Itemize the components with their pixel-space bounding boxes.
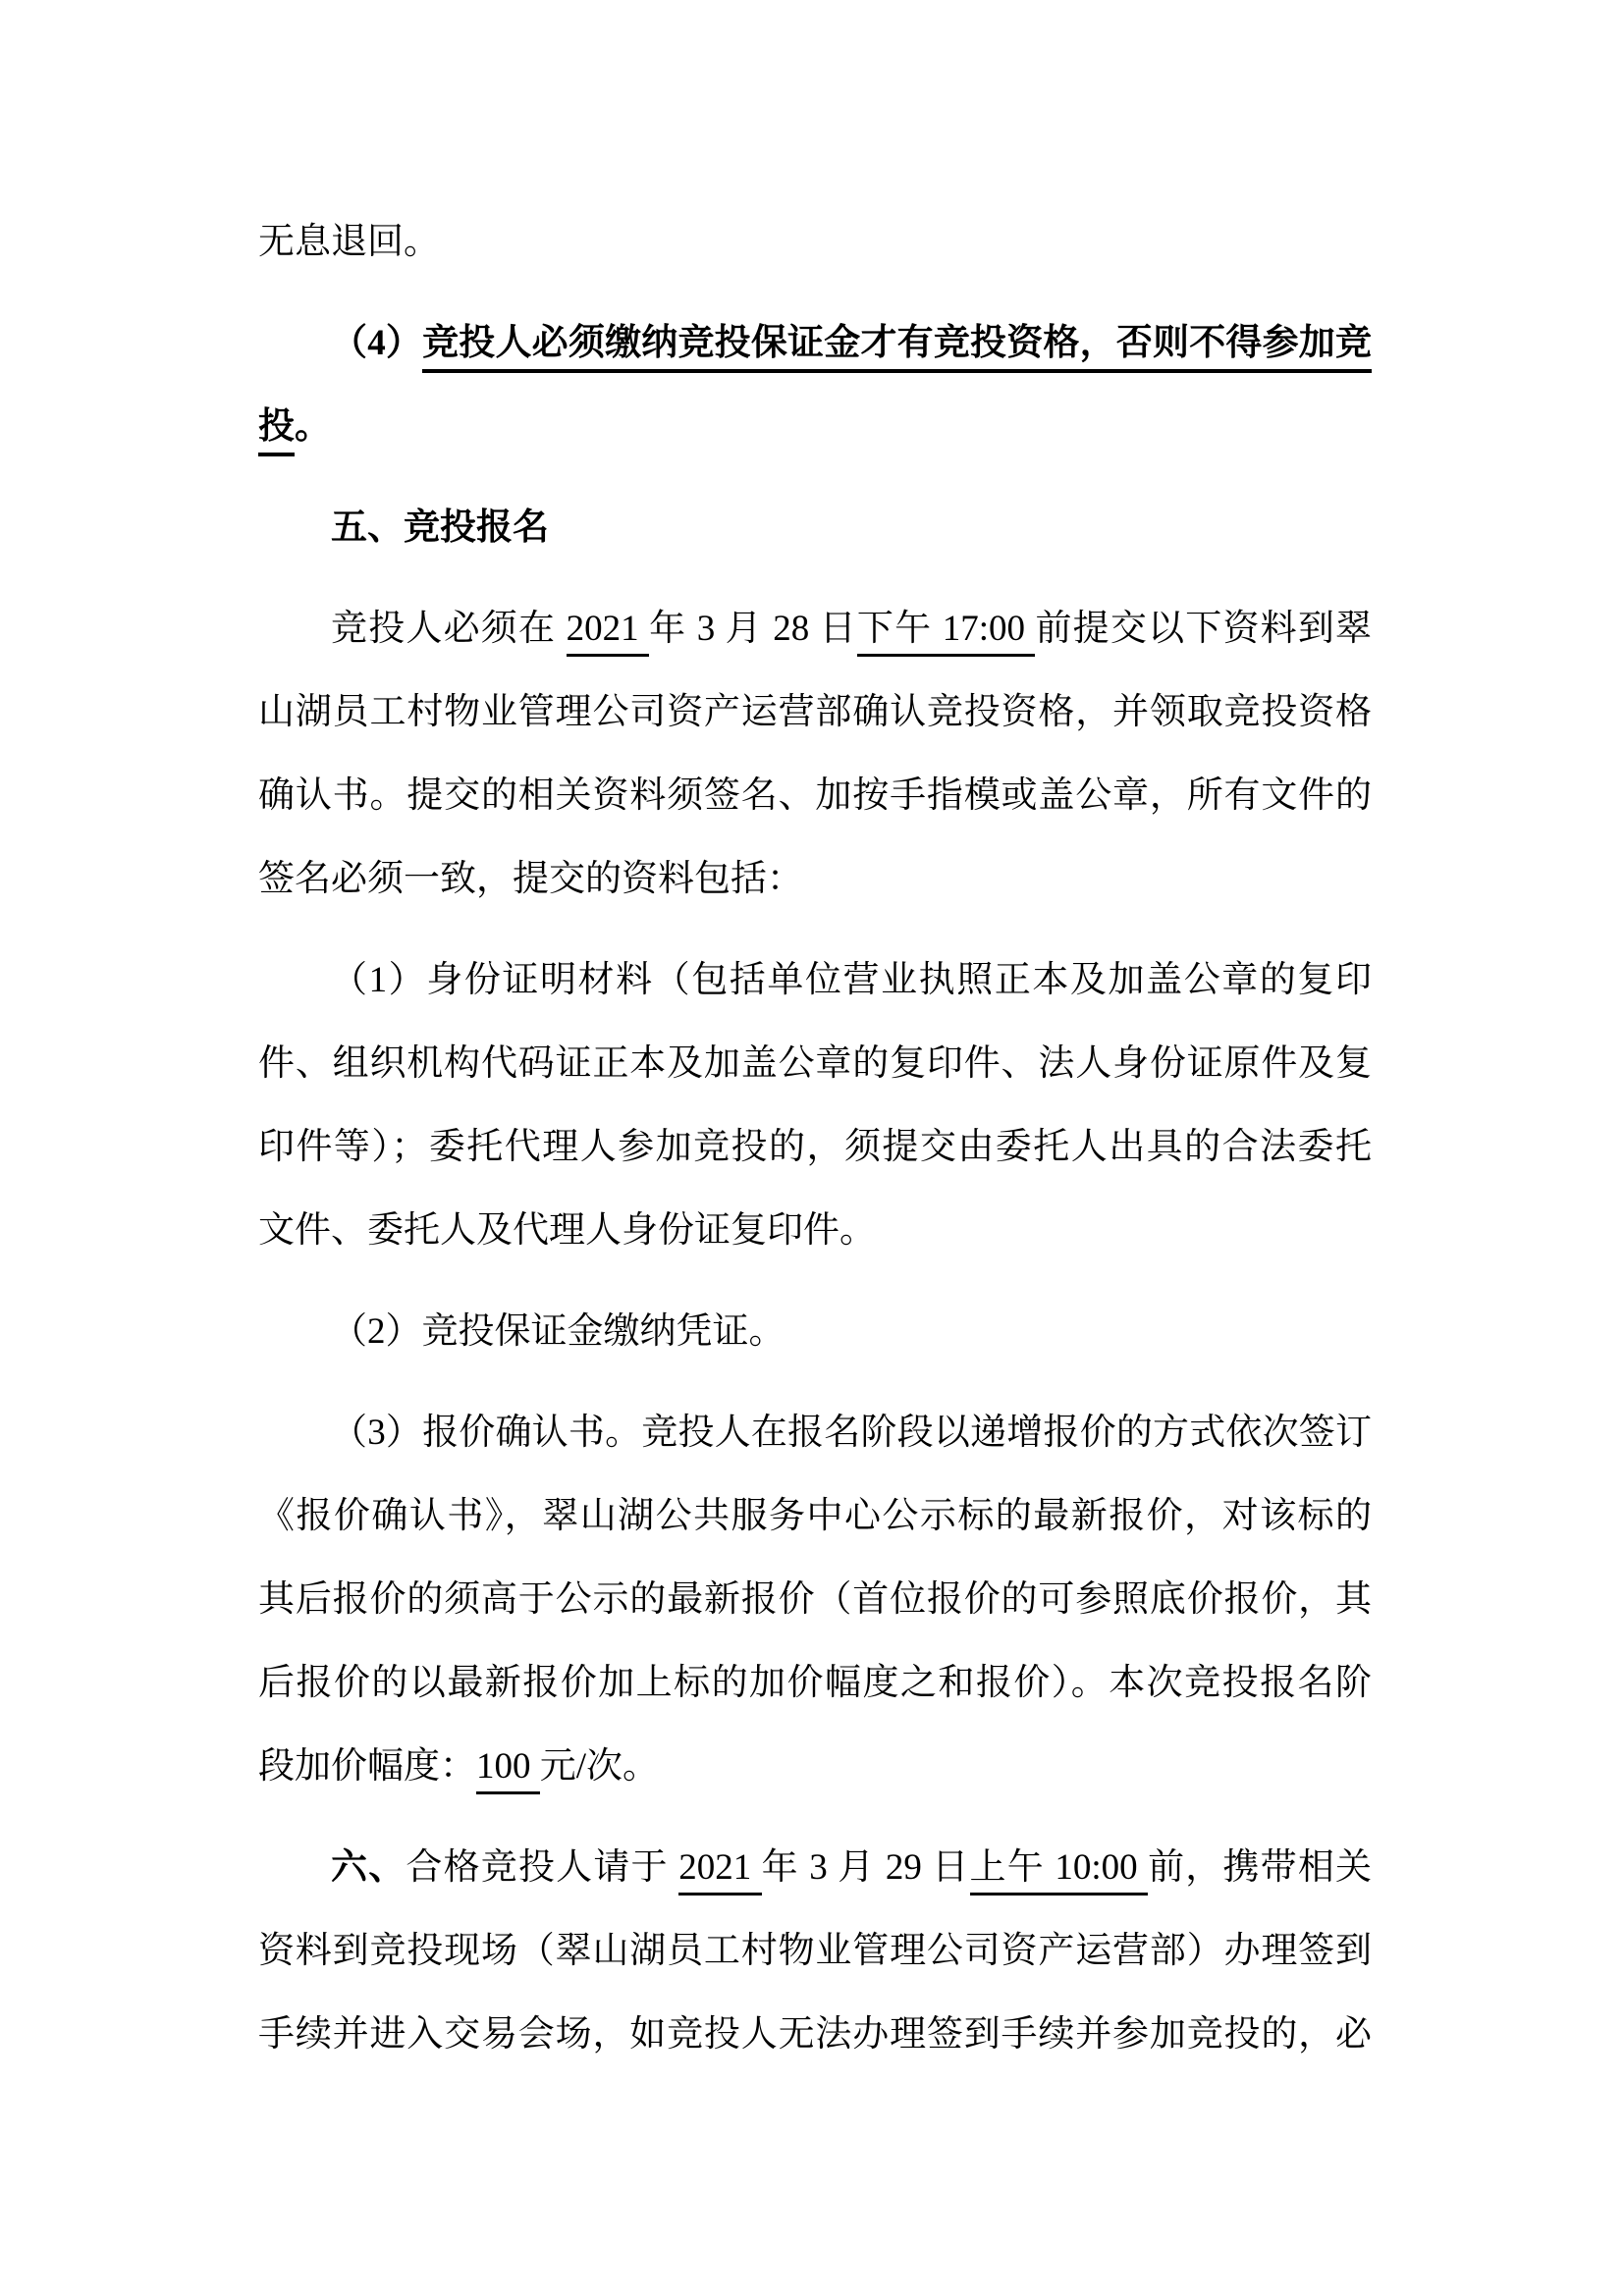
text-run: 文件、委托人及代理人身份证复印件。 bbox=[258, 1210, 876, 1251]
text-run: 段加价幅度： bbox=[258, 1746, 476, 1787]
paragraph-deposit-refund-tail: 无息退回。 bbox=[258, 200, 1372, 284]
text-line: 山湖员工村物业管理公司资产运营部确认竞投资格，并领取竞投资格 bbox=[258, 670, 1372, 754]
text-run: 确认书。提交的相关资料须签名、加按手指模或盖公章，所有文件的 bbox=[258, 775, 1372, 816]
text-run: （3）报价确认书。竞投人在报名阶段以递增报价的方式依次签订 bbox=[331, 1413, 1372, 1453]
text-run: 《报价确认书》，翠山湖公共服务中心公示标的最新报价，对该标的 bbox=[258, 1496, 1372, 1536]
document-content: 无息退回。（4）竞投人必须缴纳竞投保证金才有竞投资格，否则不得参加竞投。五、竞投… bbox=[258, 200, 1372, 2076]
text-run: 年 3 月 29 日 bbox=[762, 1847, 970, 1888]
text-line: 文件、委托人及代理人身份证复印件。 bbox=[258, 1189, 1372, 1272]
underlined-text-run: 2021 bbox=[678, 1847, 761, 1896]
text-line: 六、合格竞投人请于 2021 年 3 月 29 日上午 10:00 前，携带相关 bbox=[258, 1826, 1372, 1909]
text-line: （3）报价确认书。竞投人在报名阶段以递增报价的方式依次签订 bbox=[258, 1391, 1372, 1474]
text-run: 合格竞投人请于 bbox=[406, 1847, 678, 1888]
text-line: 资料到竞投现场（翠山湖员工村物业管理公司资产运营部）办理签到 bbox=[258, 1909, 1372, 1993]
text-line: 其后报价的须高于公示的最新报价（首位报价的可参照底价报价，其 bbox=[258, 1558, 1372, 1641]
text-run: （4） bbox=[331, 323, 422, 363]
text-line: （4）竞投人必须缴纳竞投保证金才有竞投资格，否则不得参加竞 bbox=[258, 301, 1372, 385]
screenshot-root: { "page": { "background_color": "#ffffff… bbox=[0, 0, 1624, 2296]
text-run: 六、 bbox=[331, 1847, 406, 1888]
text-run: 竞投人必须在 bbox=[331, 609, 567, 649]
text-line: 五、竞投报名 bbox=[258, 486, 1372, 569]
text-run: 手续并进入交易会场，如竞投人无法办理签到手续并参加竞投的，必 bbox=[258, 2014, 1372, 2055]
text-line: 印件等）；委托代理人参加竞投的，须提交由委托人出具的合法委托 bbox=[258, 1105, 1372, 1189]
document-page: 无息退回。（4）竞投人必须缴纳竞投保证金才有竞投资格，否则不得参加竞投。五、竞投… bbox=[0, 0, 1624, 2296]
text-line: 无息退回。 bbox=[258, 200, 1372, 284]
text-run: （1）身份证明材料（包括单位营业执照正本及加盖公章的复印 bbox=[331, 960, 1372, 1000]
text-line: （2）竞投保证金缴纳凭证。 bbox=[258, 1290, 1372, 1373]
underlined-text-run: 上午 10:00 bbox=[970, 1847, 1149, 1896]
text-run: 印件等）；委托代理人参加竞投的，须提交由委托人出具的合法委托 bbox=[258, 1127, 1372, 1167]
text-line: 竞投人必须在 2021 年 3 月 28 日下午 17:00 前提交以下资料到翠 bbox=[258, 587, 1372, 670]
underlined-text-run: 100 bbox=[476, 1746, 540, 1794]
text-line: （1）身份证明材料（包括单位营业执照正本及加盖公章的复印 bbox=[258, 938, 1372, 1022]
text-line: 确认书。提交的相关资料须签名、加按手指模或盖公章，所有文件的 bbox=[258, 754, 1372, 837]
text-run: 元/次。 bbox=[540, 1746, 659, 1787]
underlined-text-run: 投 bbox=[258, 406, 295, 456]
paragraph-clause-4: （4）竞投人必须缴纳竞投保证金才有竞投资格，否则不得参加竞投。 bbox=[258, 301, 1372, 468]
text-run: 年 3 月 28 日 bbox=[649, 609, 857, 649]
text-run: 资料到竞投现场（翠山湖员工村物业管理公司资产运营部）办理签到 bbox=[258, 1931, 1372, 1971]
paragraph-item-3-quote-confirmation: （3）报价确认书。竞投人在报名阶段以递增报价的方式依次签订《报价确认书》，翠山湖… bbox=[258, 1391, 1372, 1808]
text-run: 。 bbox=[295, 406, 331, 447]
text-run: 前提交以下资料到翠 bbox=[1035, 609, 1372, 649]
text-run: 五、竞投报名 bbox=[331, 507, 549, 548]
underlined-text-run: 2021 bbox=[567, 609, 649, 657]
text-line: 《报价确认书》，翠山湖公共服务中心公示标的最新报价，对该标的 bbox=[258, 1474, 1372, 1558]
paragraph-section-6: 六、合格竞投人请于 2021 年 3 月 29 日上午 10:00 前，携带相关… bbox=[258, 1826, 1372, 2076]
text-line: 段加价幅度：100 元/次。 bbox=[258, 1725, 1372, 1808]
text-line: 投。 bbox=[258, 385, 1372, 468]
paragraph-item-2-deposit-receipt: （2）竞投保证金缴纳凭证。 bbox=[258, 1290, 1372, 1373]
text-run: 山湖员工村物业管理公司资产运营部确认竞投资格，并领取竞投资格 bbox=[258, 692, 1372, 732]
text-run: 后报价的以最新报价加上标的加价幅度之和报价）。本次竞投报名阶 bbox=[258, 1663, 1372, 1703]
text-line: 后报价的以最新报价加上标的加价幅度之和报价）。本次竞投报名阶 bbox=[258, 1641, 1372, 1725]
text-line: 手续并进入交易会场，如竞投人无法办理签到手续并参加竞投的，必 bbox=[258, 1993, 1372, 2076]
text-line: 签名必须一致，提交的资料包括： bbox=[258, 837, 1372, 921]
text-run: 无息退回。 bbox=[258, 222, 440, 262]
paragraph-section-5-heading: 五、竞投报名 bbox=[258, 486, 1372, 569]
text-run: 件、组织机构代码证正本及加盖公章的复印件、法人身份证原件及复 bbox=[258, 1043, 1372, 1084]
paragraph-item-1-identity-materials: （1）身份证明材料（包括单位营业执照正本及加盖公章的复印件、组织机构代码证正本及… bbox=[258, 938, 1372, 1272]
text-run: 其后报价的须高于公示的最新报价（首位报价的可参照底价报价，其 bbox=[258, 1579, 1372, 1620]
text-run: 前，携带相关 bbox=[1148, 1847, 1372, 1888]
paragraph-section-5-intro: 竞投人必须在 2021 年 3 月 28 日下午 17:00 前提交以下资料到翠… bbox=[258, 587, 1372, 921]
text-run: （2）竞投保证金缴纳凭证。 bbox=[331, 1311, 785, 1352]
text-run: 签名必须一致，提交的资料包括： bbox=[258, 859, 803, 899]
text-line: 件、组织机构代码证正本及加盖公章的复印件、法人身份证原件及复 bbox=[258, 1022, 1372, 1105]
underlined-text-run: 下午 17:00 bbox=[857, 609, 1036, 657]
underlined-text-run: 竞投人必须缴纳竞投保证金才有竞投资格，否则不得参加竞 bbox=[422, 323, 1372, 373]
